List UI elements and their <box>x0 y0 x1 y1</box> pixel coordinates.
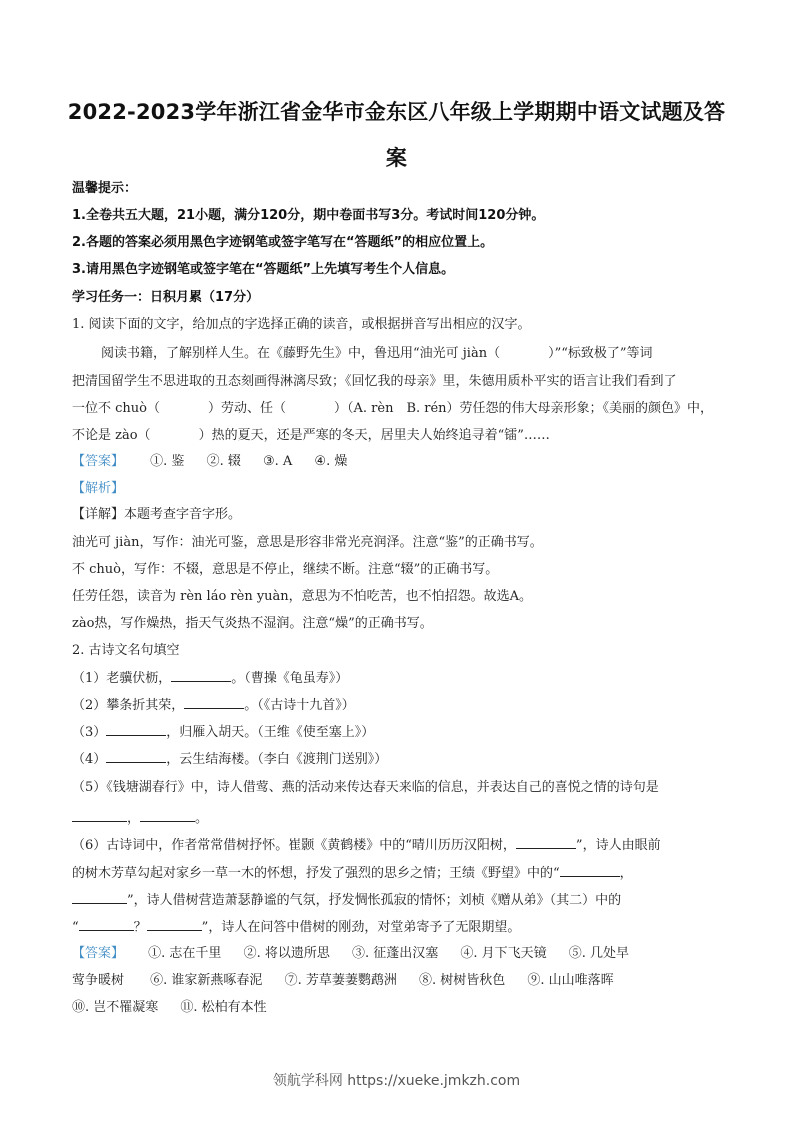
notice-item-2: 2.各题的答案必须用黑色字迹钢笔或签字笔写在“答题纸”的相应位置上。 <box>72 234 493 252</box>
q2-answer-row-3: ⑩. 岂不罹凝寒 ⑪. 松柏有本性 <box>72 999 267 1017</box>
q2-item-5: （5）《钱塘湖春行》中，诗人借莺、燕的活动来传达春天来临的信息，并表达自己的喜悦… <box>72 779 659 797</box>
q2-item-4: （4），云生结海楼。（李白《渡荆门送别》） <box>72 750 387 769</box>
q1-explanation-2: 不 chuò，写作：不辍，意思是不停止，继续不断。注意“辍”的正确书写。 <box>72 561 498 579</box>
q2-answer-row-1: 【答案】 ①. 志在千里 ②. 将以遗所思 ③. 征蓬出汉塞 ④. 月下飞天镜 … <box>72 945 629 963</box>
q2-answer-row-2: 莺争暖树 ⑥. 谁家新燕啄春泥 ⑦. 芳草萋萋鹦鹉洲 ⑧. 树树皆秋色 ⑨. 山… <box>72 972 614 990</box>
notice-heading: 温馨提示： <box>72 180 137 198</box>
q2-item-1: （1）老骥伏枥，。（曹操《龟虽寿》） <box>72 669 348 688</box>
q1-answer-row: 【答案】 ①. 鉴 ②. 辍 ③. A ④. 燥 <box>72 453 347 471</box>
notice-item-3: 3.请用黑色字迹钢笔或签字笔在“答题纸”上先填写考生个人信息。 <box>72 261 454 279</box>
q1-stem: 1. 阅读下面的文字，给加点的字选择正确的读音，或根据拼音写出相应的汉字。 <box>72 316 531 334</box>
q1-paragraph-line1: 阅读书籍，了解别样人生。在《藤野先生》中，鲁迅用“油光可 jiàn（）”“标致极… <box>101 345 653 363</box>
answer-tag: 【答案】 <box>72 454 124 469</box>
q2-item-2: （2）攀条折其荣，。（《古诗十九首》） <box>72 696 355 715</box>
q2-item-3: （3），归雁入胡天。（王维《使至塞上》） <box>72 723 374 742</box>
answer-tag: 【答案】 <box>72 946 124 961</box>
q2-item-5-blanks: ，。 <box>72 809 208 828</box>
q1-paragraph-line3: 一位不 chuò（）劳动、任（）（A. rèn B. rén）劳任怨的伟大母亲形… <box>72 400 713 418</box>
q2-stem: 2. 古诗文名句填空 <box>72 642 180 660</box>
section-heading: 学习任务一：日积月累（17分） <box>72 289 259 307</box>
q1-explanation-4: zào热，写作燥热，指天气炎热不湿润。注意“燥”的正确书写。 <box>72 615 433 633</box>
q1-explanation-3: 任劳任怨，读音为 rèn láo rèn yuàn，意思为不怕吃苦，也不怕招怨。… <box>72 588 532 606</box>
q2-item-6-line2: 的树木芳草勾起对家乡一草一木的怀想，抒发了强烈的思乡之情；王绩《野望》中的“， <box>72 864 633 883</box>
document-title-line2: 案 <box>40 142 753 172</box>
notice-item-1: 1.全卷共五大题，21小题，满分120分，期中卷面书写3分。考试时间120分钟。 <box>72 207 544 225</box>
document-title-line1: 2022-2023学年浙江省金华市金东区八年级上学期期中语文试题及答 <box>40 96 753 126</box>
q2-item-6-line3: ”，诗人借树营造萧瑟静谧的气氛，抒发惆怅孤寂的情怀；刘桢《赠从弟》（其二）中的 <box>72 891 621 910</box>
analysis-tag: 【解析】 <box>72 480 124 498</box>
q1-paragraph-line2: 把清国留学生不思进取的丑态刻画得淋漓尽致；《回忆我的母亲》里，朱德用质朴平实的语… <box>72 373 677 391</box>
q1-explanation-1: 油光可 jiàn，写作：油光可鉴，意思是形容非常光亮润泽。注意“鉴”的正确书写。 <box>72 534 543 552</box>
q1-detail: 【详解】本题考查字音字形。 <box>72 506 241 524</box>
q1-paragraph-line4: 不论是 zào（）热的夏天，还是严寒的冬天，居里夫人始终追寻着“镭”…… <box>72 427 550 445</box>
document-page: 2022-2023学年浙江省金华市金东区八年级上学期期中语文试题及答 案 温馨提… <box>0 0 793 1122</box>
q2-item-6-line1: （6）古诗词中，作者常常借树抒怀。崔颢《黄鹤楼》中的“晴川历历汉阳树，”，诗人由… <box>72 836 661 855</box>
q2-item-6-line4: “？”，诗人在问答中借树的刚劲，对堂弟寄予了无限期望。 <box>72 918 520 937</box>
footer-watermark: 领航学科网 https://xueke.jmkzh.com <box>0 1070 793 1090</box>
